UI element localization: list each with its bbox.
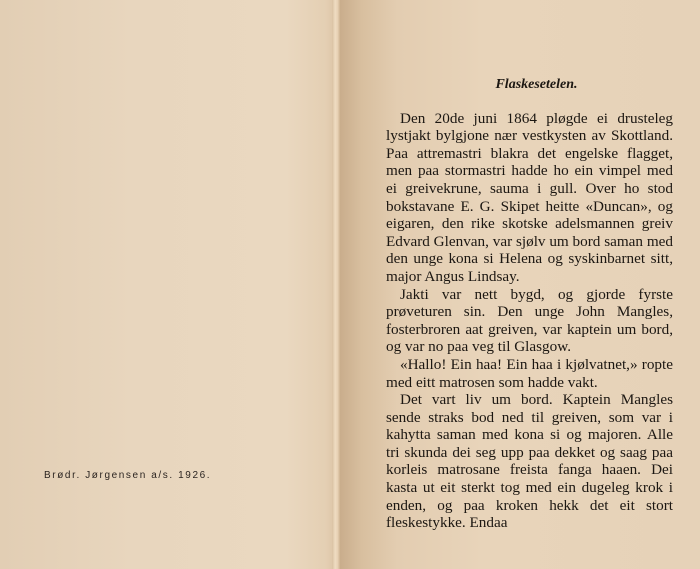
right-page-text: Flaskesetelen. Den 20de juni 1864 pløgde… (386, 76, 673, 532)
paragraph: Den 20de juni 1864 pløgde ei drusteleg l… (386, 110, 673, 286)
book-gutter (332, 0, 340, 569)
paragraph: Det vart liv um bord. Kaptein Mangles se… (386, 391, 673, 532)
chapter-title: Flaskesetelen. (386, 76, 673, 94)
book-spread: Brødr. Jørgensen a/s. 1926. Flaskesetele… (0, 0, 700, 569)
show-through-text (70, 48, 330, 82)
paragraph: Jakti var nett bygd, og gjorde fyrste pr… (386, 286, 673, 356)
paragraph: «Hallo! Ein haa! Ein haa i kjølvatnet,» … (386, 356, 673, 391)
printer-imprint: Brødr. Jørgensen a/s. 1926. (44, 470, 211, 481)
left-page: Brødr. Jørgensen a/s. 1926. (0, 0, 336, 569)
